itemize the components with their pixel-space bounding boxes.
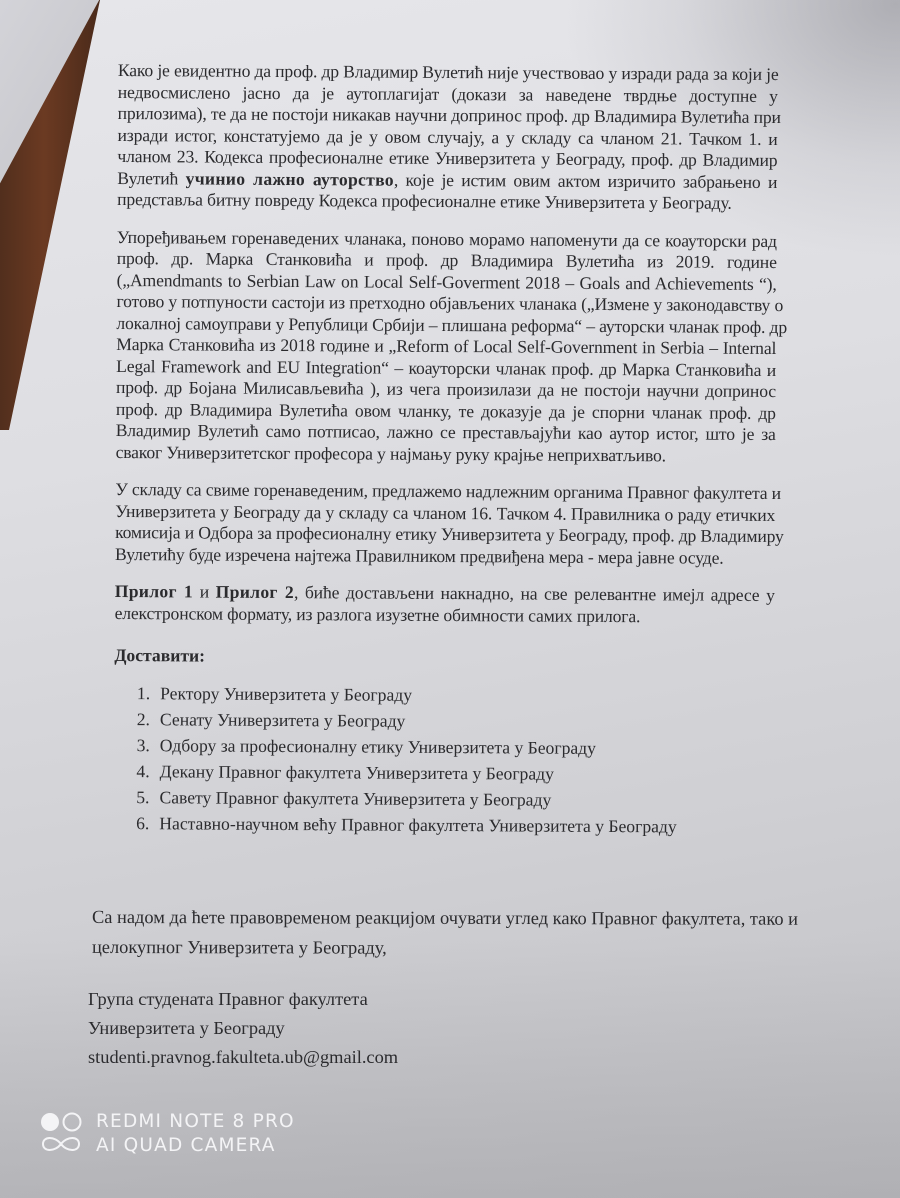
signature-email: studenti.pravnog.fakulteta.ub@gmail.com [88,1043,398,1072]
recipient-text: Сенату Универзитета у Београду [160,706,406,733]
bold-attachment-1: Прилог 1 [115,581,193,601]
bold-attachment-2: Прилог 2 [216,582,294,602]
recipients-list: 1.Ректору Универзитета у Београду 2.Сена… [129,680,774,840]
paragraph-false-authorship: Како је евидентно да проф. др Владимир В… [117,60,778,215]
recipient-text: Савету Правног факултета Универзитета у … [159,784,551,812]
list-item: 1.Ректору Универзитета у Београду [130,680,774,710]
list-number: 1. [130,680,150,706]
paragraph-attachments: Прилог 1 и Прилог 2, биће достављени нак… [115,581,775,628]
text-fragment: , које је истим овим актом изричито забр… [394,169,777,191]
closing-paragraph: Са надом да ћете правовременом реакцијом… [92,902,900,964]
text-fragment: , биће достављени накнадно, на све релев… [294,582,775,605]
paragraph-proposal: У складу са свиме горенаведеним, предлаж… [115,479,776,569]
camera-model-text: REDMI NOTE 8 PRO AI QUAD CAMERA [96,1110,295,1158]
quad-camera-logo-icon [38,1110,86,1158]
bold-phrase-false-authorship: учинио лажно ауторство [186,168,394,189]
list-number: 5. [129,784,149,810]
text-line: сваког Универзитетског професора у најма… [116,441,776,467]
signature-group: Група студената Правног факултета [88,985,398,1014]
text-line: Са надом да ћете правовременом реакцијом… [92,902,900,934]
list-number: 3. [130,732,150,758]
recipient-text: Одбору за професионалну етику Универзите… [160,732,596,761]
list-item: 4.Декану Правног факултета Универзитета … [130,758,774,788]
list-item: 6.Наставно-научном већу Правног факултет… [129,810,773,840]
recipient-text: Ректору Универзитета у Београду [160,680,412,708]
text-line: елекстронском формату, из разлога изузет… [115,602,775,628]
recipient-text: Наставно-научном већу Правног факултета … [159,810,677,839]
camera-model-line: REDMI NOTE 8 PRO [96,1110,295,1134]
camera-feature-line: AI QUAD CAMERA [96,1134,295,1158]
signature-block: Група студената Правног факултета Универ… [88,985,398,1072]
document-body: Како је евидентно да проф. др Владимир В… [113,60,778,862]
paragraph-article-comparison: Упоређивањем горенаведених чланака, поно… [116,226,777,467]
signature-university: Универзитета у Београду [88,1014,398,1043]
list-item: 2.Сенату Универзитета у Београду [130,706,774,736]
text-fragment: и [193,581,216,601]
list-number: 6. [129,810,149,836]
camera-watermark: REDMI NOTE 8 PRO AI QUAD CAMERA [38,1110,295,1158]
text-line: Вулетићу буде изречена најтежа Правилник… [115,543,775,569]
text-line: представља битну повреду Кодекса професи… [117,189,777,215]
send-to-heading: Доставити: [114,644,774,670]
list-item: 5.Савету Правног факултета Универзитета … [129,784,773,814]
list-number: 2. [130,706,150,732]
text-line: целокупног Универзитета у Београду, [92,932,900,964]
text-fragment: Вулетић [117,167,185,187]
list-item: 3.Одбору за професионалну етику Универзи… [130,732,774,762]
list-number: 4. [130,758,150,784]
recipient-text: Декану Правног факултета Универзитета у … [160,758,554,786]
